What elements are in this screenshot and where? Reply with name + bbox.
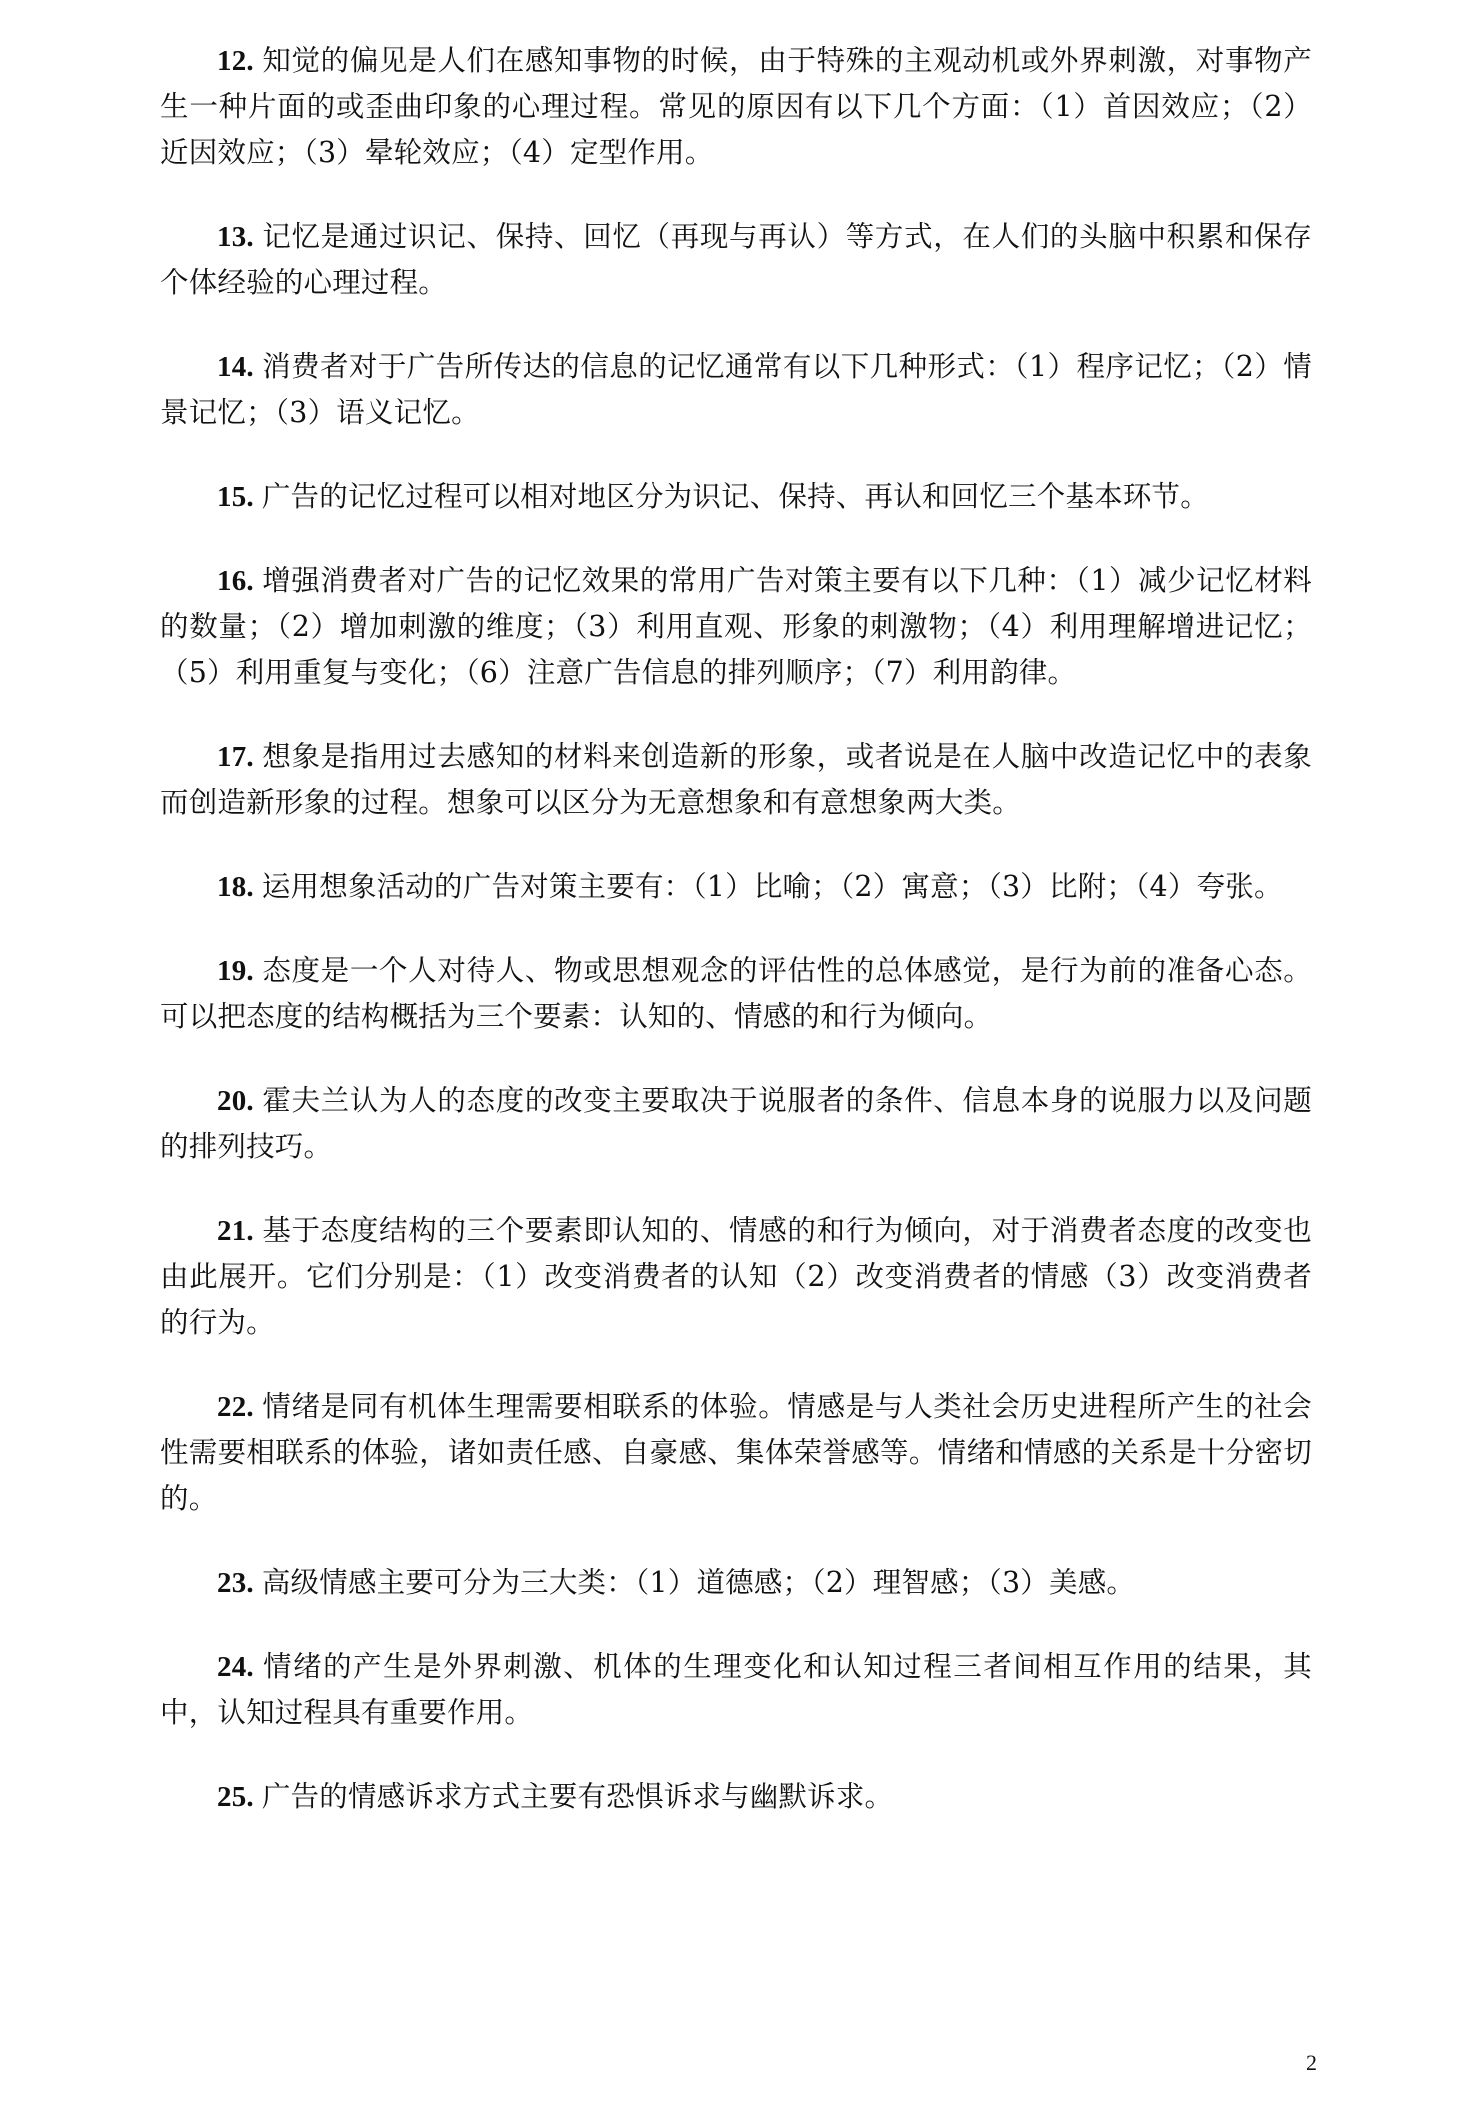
item-number: 18. bbox=[217, 871, 254, 903]
document-page: 12.知觉的偏见是人们在感知事物的时候，由于特殊的主观动机或外界刺激，对事物产生… bbox=[160, 38, 1312, 1858]
item-number: 22. bbox=[217, 1391, 254, 1423]
paragraph-item-16: 16.增强消费者对广告的记忆效果的常用广告对策主要有以下几种：（1）减少记忆材料… bbox=[160, 558, 1312, 696]
item-number: 25. bbox=[217, 1781, 254, 1813]
item-text: 广告的情感诉求方式主要有恐惧诉求与幽默诉求。 bbox=[262, 1780, 893, 1813]
paragraph-item-22: 22.情绪是同有机体生理需要相联系的体验。情感是与人类社会历史进程所产生的社会性… bbox=[160, 1384, 1312, 1522]
paragraph-item-15: 15.广告的记忆过程可以相对地区分为识记、保持、再认和回忆三个基本环节。 bbox=[160, 474, 1312, 520]
paragraph-item-13: 13.记忆是通过识记、保持、回忆（再现与再认）等方式，在人们的头脑中积累和保存个… bbox=[160, 214, 1312, 306]
item-text: 增强消费者对广告的记忆效果的常用广告对策主要有以下几种：（1）减少记忆材料的数量… bbox=[160, 564, 1312, 689]
item-text: 消费者对于广告所传达的信息的记忆通常有以下几种形式：（1）程序记忆；（2）情景记… bbox=[160, 350, 1312, 429]
item-text: 高级情感主要可分为三大类：（1）道德感；（2）理智感；（3）美感。 bbox=[262, 1566, 1135, 1599]
item-number: 19. bbox=[217, 955, 254, 987]
item-text: 态度是一个人对待人、物或思想观念的评估性的总体感觉，是行为前的准备心态。可以把态… bbox=[160, 954, 1312, 1033]
item-text: 想象是指用过去感知的材料来创造新的形象，或者说是在人脑中改造记忆中的表象而创造新… bbox=[160, 740, 1312, 819]
item-number: 21. bbox=[217, 1215, 254, 1247]
paragraph-item-24: 24.情绪的产生是外界刺激、机体的生理变化和认知过程三者间相互作用的结果，其中，… bbox=[160, 1644, 1312, 1736]
item-number: 16. bbox=[217, 565, 254, 597]
item-text: 情绪是同有机体生理需要相联系的体验。情感是与人类社会历史进程所产生的社会性需要相… bbox=[160, 1390, 1312, 1515]
paragraph-item-18: 18.运用想象活动的广告对策主要有：（1）比喻；（2）寓意；（3）比附；（4）夸… bbox=[160, 864, 1312, 910]
item-number: 20. bbox=[217, 1085, 254, 1117]
paragraph-item-21: 21.基于态度结构的三个要素即认知的、情感的和行为倾向，对于消费者态度的改变也由… bbox=[160, 1208, 1312, 1346]
item-text: 情绪的产生是外界刺激、机体的生理变化和认知过程三者间相互作用的结果，其中，认知过… bbox=[160, 1650, 1312, 1729]
item-number: 24. bbox=[217, 1651, 254, 1683]
item-number: 17. bbox=[217, 741, 254, 773]
paragraph-item-25: 25.广告的情感诉求方式主要有恐惧诉求与幽默诉求。 bbox=[160, 1774, 1312, 1820]
item-text: 霍夫兰认为人的态度的改变主要取决于说服者的条件、信息本身的说服力以及问题的排列技… bbox=[160, 1084, 1312, 1163]
paragraph-item-19: 19.态度是一个人对待人、物或思想观念的评估性的总体感觉，是行为前的准备心态。可… bbox=[160, 948, 1312, 1040]
paragraph-item-20: 20.霍夫兰认为人的态度的改变主要取决于说服者的条件、信息本身的说服力以及问题的… bbox=[160, 1078, 1312, 1170]
page-number: 2 bbox=[1306, 2050, 1317, 2076]
item-number: 15. bbox=[217, 481, 254, 513]
paragraph-item-14: 14.消费者对于广告所传达的信息的记忆通常有以下几种形式：（1）程序记忆；（2）… bbox=[160, 344, 1312, 436]
item-text: 知觉的偏见是人们在感知事物的时候，由于特殊的主观动机或外界刺激，对事物产生一种片… bbox=[160, 44, 1312, 169]
item-number: 14. bbox=[217, 351, 254, 383]
item-text: 记忆是通过识记、保持、回忆（再现与再认）等方式，在人们的头脑中积累和保存个体经验… bbox=[160, 220, 1312, 299]
paragraph-item-12: 12.知觉的偏见是人们在感知事物的时候，由于特殊的主观动机或外界刺激，对事物产生… bbox=[160, 38, 1312, 176]
item-number: 23. bbox=[217, 1567, 254, 1599]
paragraph-item-17: 17.想象是指用过去感知的材料来创造新的形象，或者说是在人脑中改造记忆中的表象而… bbox=[160, 734, 1312, 826]
item-number: 12. bbox=[217, 45, 254, 77]
item-text: 运用想象活动的广告对策主要有：（1）比喻；（2）寓意；（3）比附；（4）夸张。 bbox=[262, 870, 1283, 903]
item-number: 13. bbox=[217, 221, 254, 253]
item-text: 广告的记忆过程可以相对地区分为识记、保持、再认和回忆三个基本环节。 bbox=[262, 480, 1209, 513]
paragraph-item-23: 23.高级情感主要可分为三大类：（1）道德感；（2）理智感；（3）美感。 bbox=[160, 1560, 1312, 1606]
item-text: 基于态度结构的三个要素即认知的、情感的和行为倾向，对于消费者态度的改变也由此展开… bbox=[160, 1214, 1312, 1339]
